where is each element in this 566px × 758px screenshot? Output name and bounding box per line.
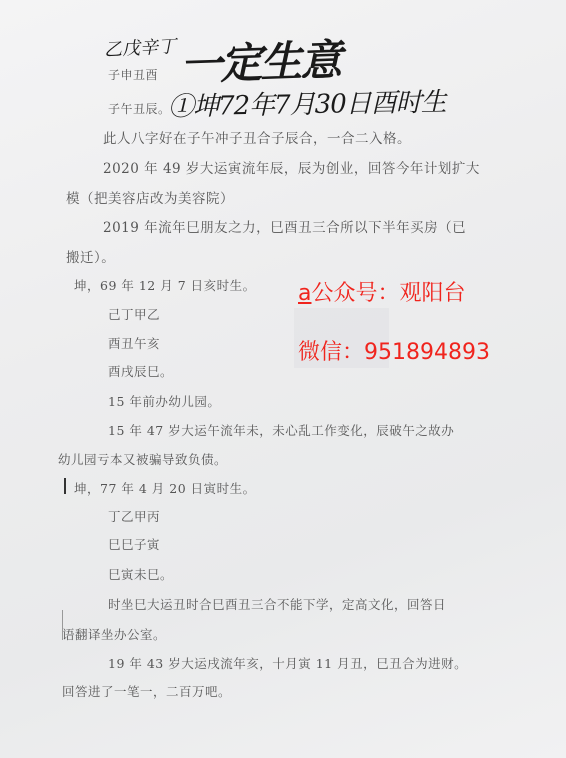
doc-line-6: 2019 年流年巳朋友之力，巳酉丑三合所以下半年买房（已 — [103, 216, 466, 236]
watermark-wechat: 微信：951894893 — [298, 335, 490, 366]
doc-line-21: 19 年 43 岁大运戌流年亥，十月寅 11 月丑，巳丑合为进财。 — [108, 654, 467, 672]
doc-line-19: 时坐巳大运丑时合巳酉丑三合不能下学，定高文化，回答日 — [108, 595, 446, 613]
doc-line-3: 此人八字好在子午冲子丑合子辰合，一合二入格。 — [103, 127, 411, 147]
doc-line-14: 幼儿园亏本又被骗导致负债。 — [58, 450, 227, 468]
doc-line-13: 15 年 47 岁大运午流年未，未心乱工作变化，辰破午之故办 — [108, 421, 454, 439]
doc-line-20: 语翻译坐办公室。 — [62, 625, 166, 643]
doc-line-7: 搬迁）。 — [66, 246, 115, 266]
doc-line-11: 酉戌辰巳。 — [108, 362, 173, 380]
doc-line-22: 回答进了一笔一，二百万吧。 — [62, 682, 231, 700]
handwritten-case-note: ①坤72年7月30日酉时生 — [168, 82, 446, 124]
watermark-account: a公众号：观阳台 — [298, 276, 466, 307]
doc-line-18: 巳寅未巳。 — [108, 565, 173, 583]
doc-line-9: 己丁甲乙 — [108, 305, 160, 323]
doc-line-4: 2020 年 49 岁大运寅流年辰，辰为创业，回答今年计划扩大 — [103, 157, 480, 177]
doc-line-8: 坤，69 年 12 月 7 日亥时生。 — [74, 276, 256, 294]
doc-line-16: 丁乙甲丙 — [108, 507, 160, 525]
doc-line-12: 15 年前办幼儿园。 — [108, 392, 220, 410]
watermark-account-label: 公众号：观阳台 — [311, 281, 465, 306]
scan-mark — [62, 610, 63, 640]
doc-line-15: 坤，77 年 4 月 20 日寅时生。 — [74, 479, 256, 497]
handwritten-note-top-left: 乙戊辛丁 — [103, 32, 176, 62]
doc-line-5: 模（把美容店改为美容院） — [66, 187, 234, 207]
doc-line-17: 巳巳子寅 — [108, 535, 160, 553]
scan-mark — [64, 478, 66, 494]
doc-line-1: 子申丑酉 — [108, 66, 158, 83]
doc-line-2: 子午丑辰。 — [108, 100, 171, 117]
watermark-account-prefix: a — [298, 281, 311, 306]
doc-line-10: 酉丑午亥 — [108, 334, 160, 352]
